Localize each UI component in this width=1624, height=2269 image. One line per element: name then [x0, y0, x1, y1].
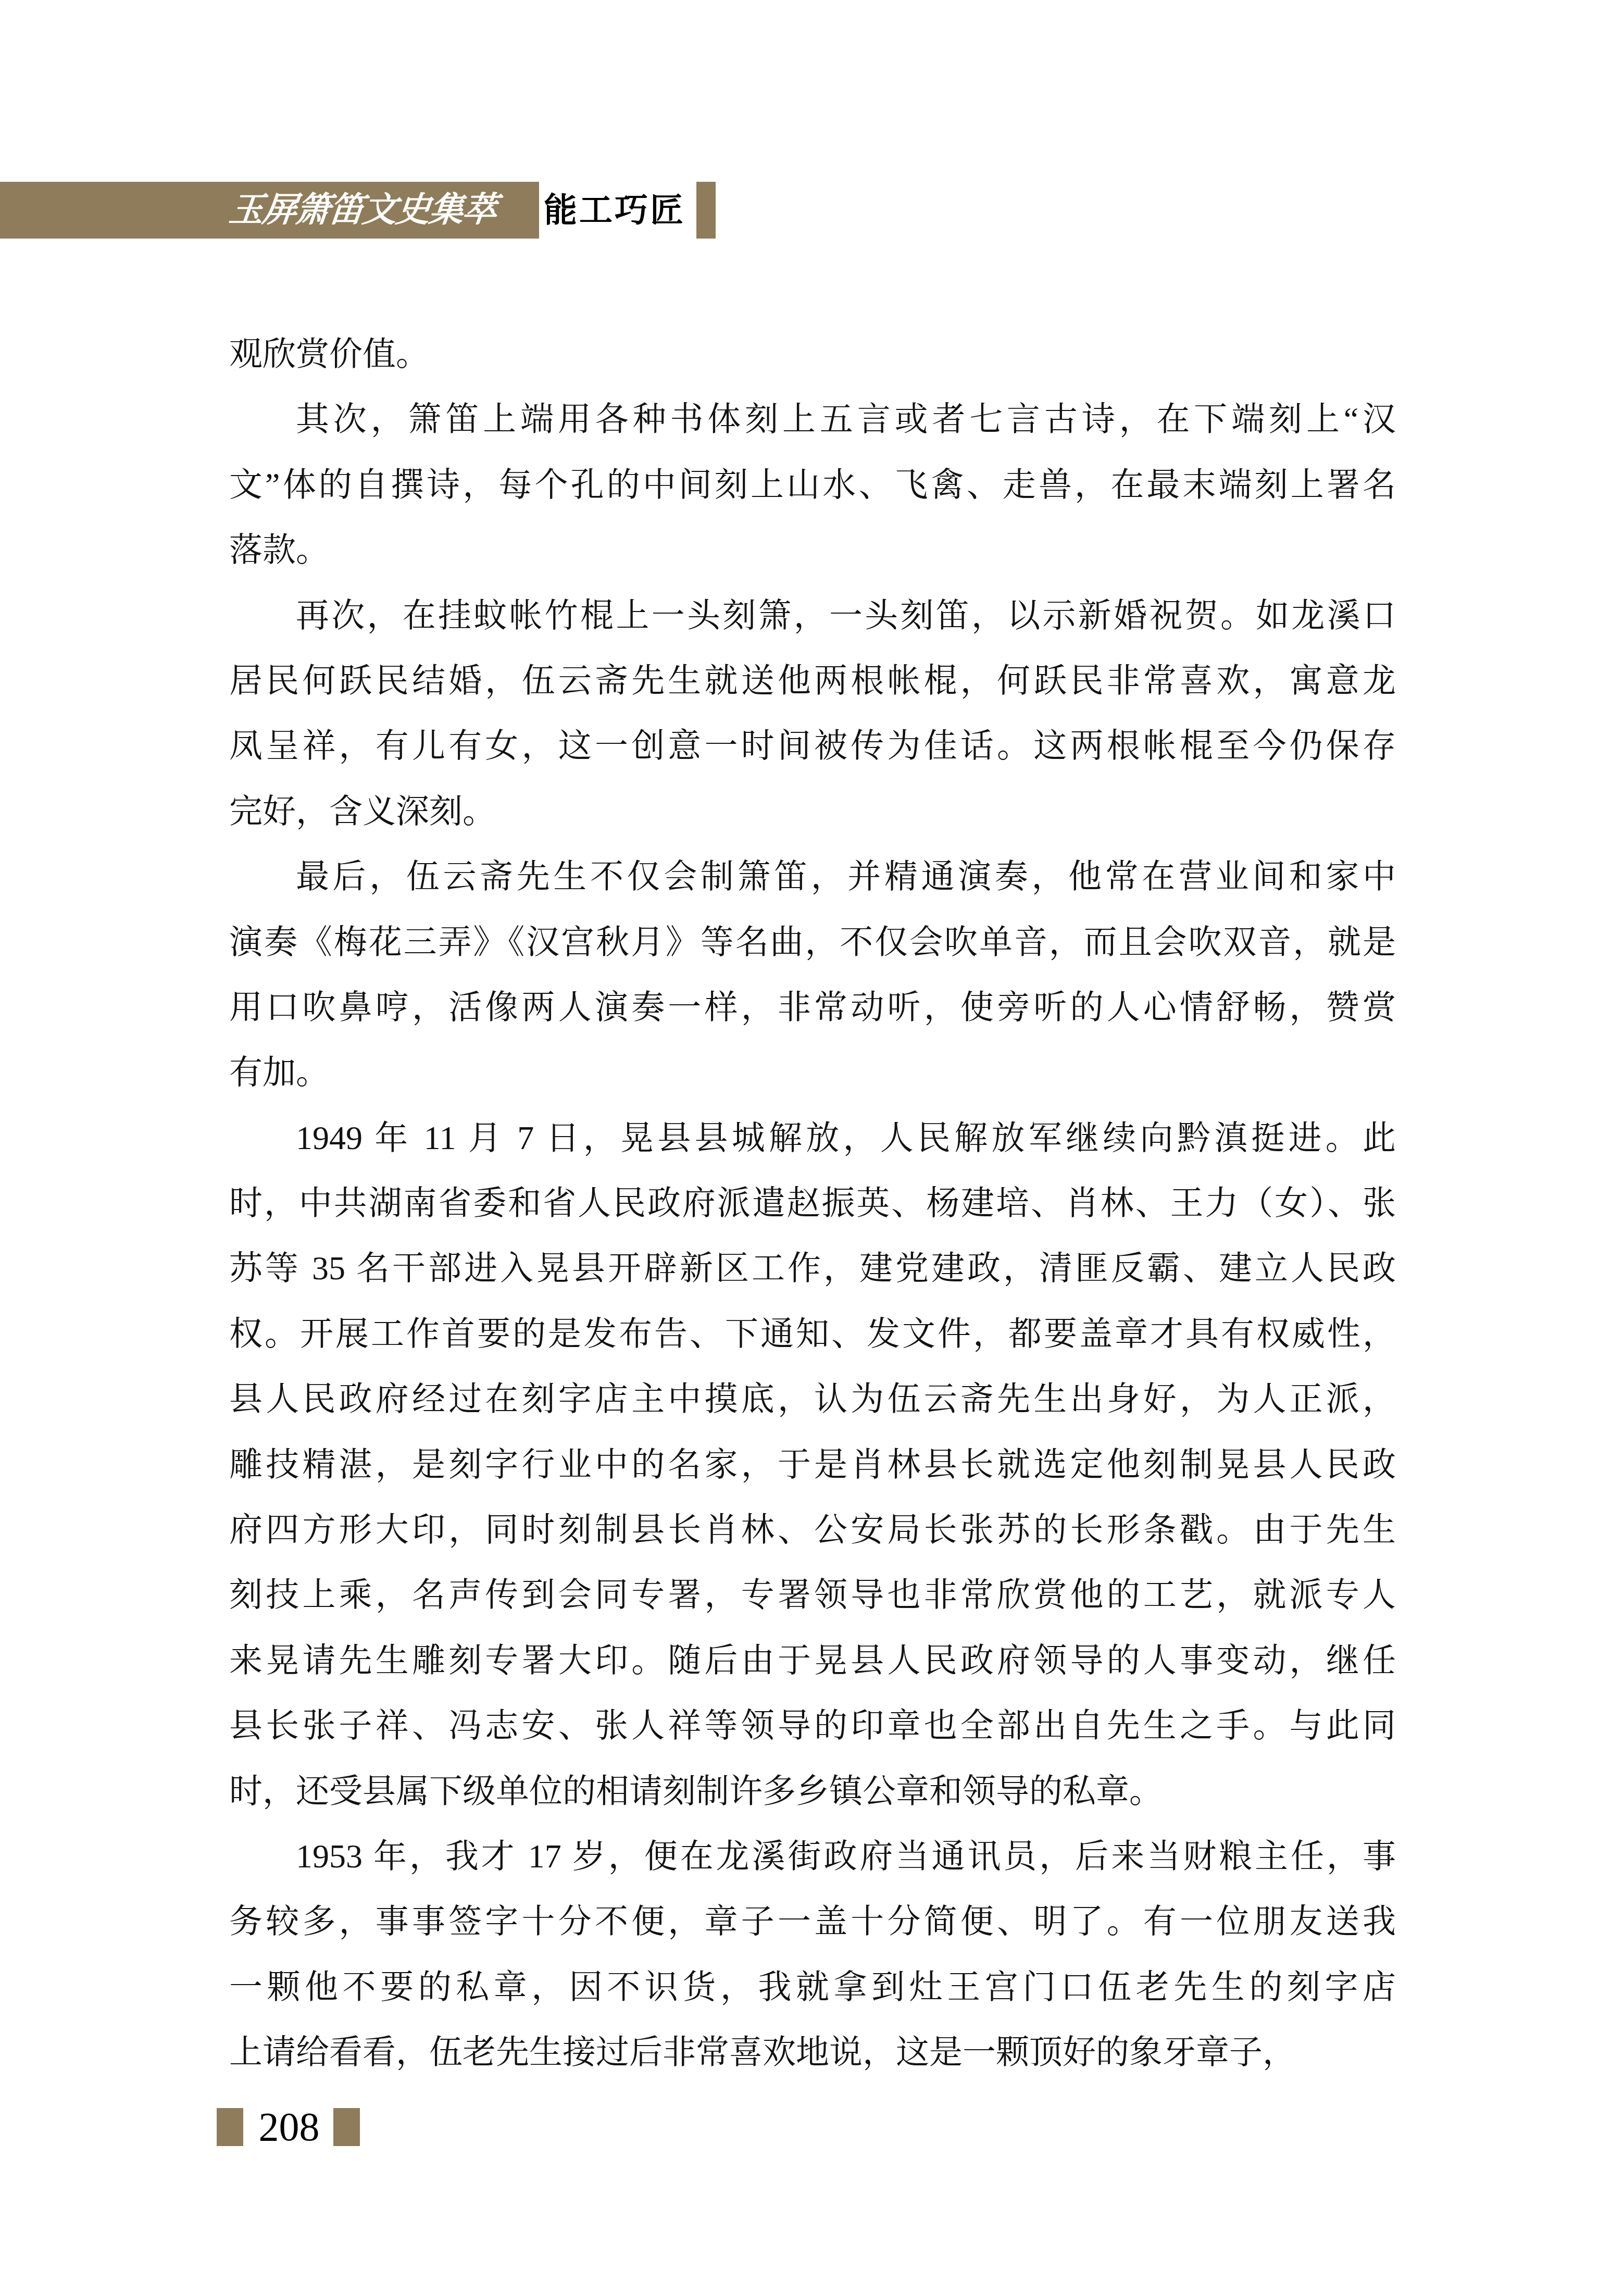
text-line: 县长张子祥、冯志安、张人祥等领导的印章也全部出自先生之手。与此同 [229, 1693, 1396, 1758]
text-line: 上请给看看，伍老先生接过后非常喜欢地说，这是一颗顶好的象牙章子， [229, 2019, 1396, 2085]
text-line: 刻技上乘，名声传到会同专署，专署领导也非常欣赏他的工艺，就派专人 [229, 1562, 1396, 1627]
text-line: 演奏《梅花三弄》《汉宫秋月》等名曲，不仅会吹单音，而且会吹双音，就是 [229, 909, 1396, 975]
header-accent-block [696, 182, 716, 239]
text-line: 用口吹鼻哼，活像两人演奏一样，非常动听，使旁听的人心情舒畅，赞赏 [229, 975, 1396, 1040]
text-line: 1949 年 11 月 7 日，晃县县城解放，人民解放军继续向黔滇挺进。此 [229, 1105, 1396, 1170]
text-line: 居民何跃民结婚，伍云斋先生就送他两根帐棍，何跃民非常喜欢，寓意龙 [229, 648, 1396, 713]
text-line: 最后，伍云斋先生不仅会制箫笛，并精通演奏，他常在营业间和家中 [229, 844, 1396, 909]
text-line: 府四方形大印，同时刻制县长肖林、公安局长张苏的长形条戳。由于先生 [229, 1497, 1396, 1562]
text-line: 凤呈祥，有儿有女，这一创意一时间被传为佳话。这两根帐棍至今仍保存 [229, 713, 1396, 778]
text-line: 雕技精湛，是刻字行业中的名家，于是肖林县长就选定他刻制晃县人民政 [229, 1432, 1396, 1497]
text-line: 观欣赏价值。 [229, 321, 1396, 387]
text-line: 文”体的自撰诗，每个孔的中间刻上山水、飞禽、走兽，在最末端刻上署名 [229, 452, 1396, 517]
text-line: 再次，在挂蚊帐竹棍上一头刻箫，一头刻笛，以示新婚祝贺。如龙溪口 [229, 583, 1396, 648]
text-line: 时，还受县属下级单位的相请刻制许多乡镇公章和领导的私章。 [229, 1759, 1396, 1824]
chapter-section-title: 能工巧匠 [544, 182, 685, 239]
text-line: 完好，含义深刻。 [229, 779, 1396, 844]
page-body-text: 观欣赏价值。 其次，箫笛上端用各种书体刻上五言或者七言古诗，在下端刻上“汉 文”… [229, 321, 1396, 2085]
text-line: 有加。 [229, 1040, 1396, 1105]
page-number: 208 [250, 2104, 328, 2149]
text-line: 1953 年，我才 17 岁，便在龙溪街政府当通讯员，后来当财粮主任，事 [229, 1824, 1396, 1889]
book-banner-title: 玉屏箫笛文史集萃 [226, 182, 523, 239]
text-line: 一颗他不要的私章，因不识货，我就拿到灶王宫门口伍老先生的刻字店 [229, 1954, 1396, 2019]
text-line: 务较多，事事签字十分不便，章子一盖十分简便、明了。有一位朋友送我 [229, 1889, 1396, 1954]
text-line: 落款。 [229, 517, 1396, 582]
text-line: 其次，箫笛上端用各种书体刻上五言或者七言古诗，在下端刻上“汉 [229, 387, 1396, 452]
footer-marker-right [333, 2108, 360, 2146]
text-line: 时，中共湖南省委和省人民政府派遣赵振英、杨建培、肖林、王力（女）、张 [229, 1170, 1396, 1236]
text-line: 苏等 35 名干部进入晃县开辟新区工作，建党建政，清匪反霸、建立人民政 [229, 1236, 1396, 1301]
text-line: 县人民政府经过在刻字店主中摸底，认为伍云斋先生出身好，为人正派， [229, 1366, 1396, 1431]
footer-marker-left [217, 2108, 243, 2146]
text-line: 来晃请先生雕刻专署大印。随后由于晃县人民政府领导的人事变动，继任 [229, 1628, 1396, 1693]
text-line: 权。开展工作首要的是发布告、下通知、发文件，都要盖章才具有权威性， [229, 1301, 1396, 1366]
